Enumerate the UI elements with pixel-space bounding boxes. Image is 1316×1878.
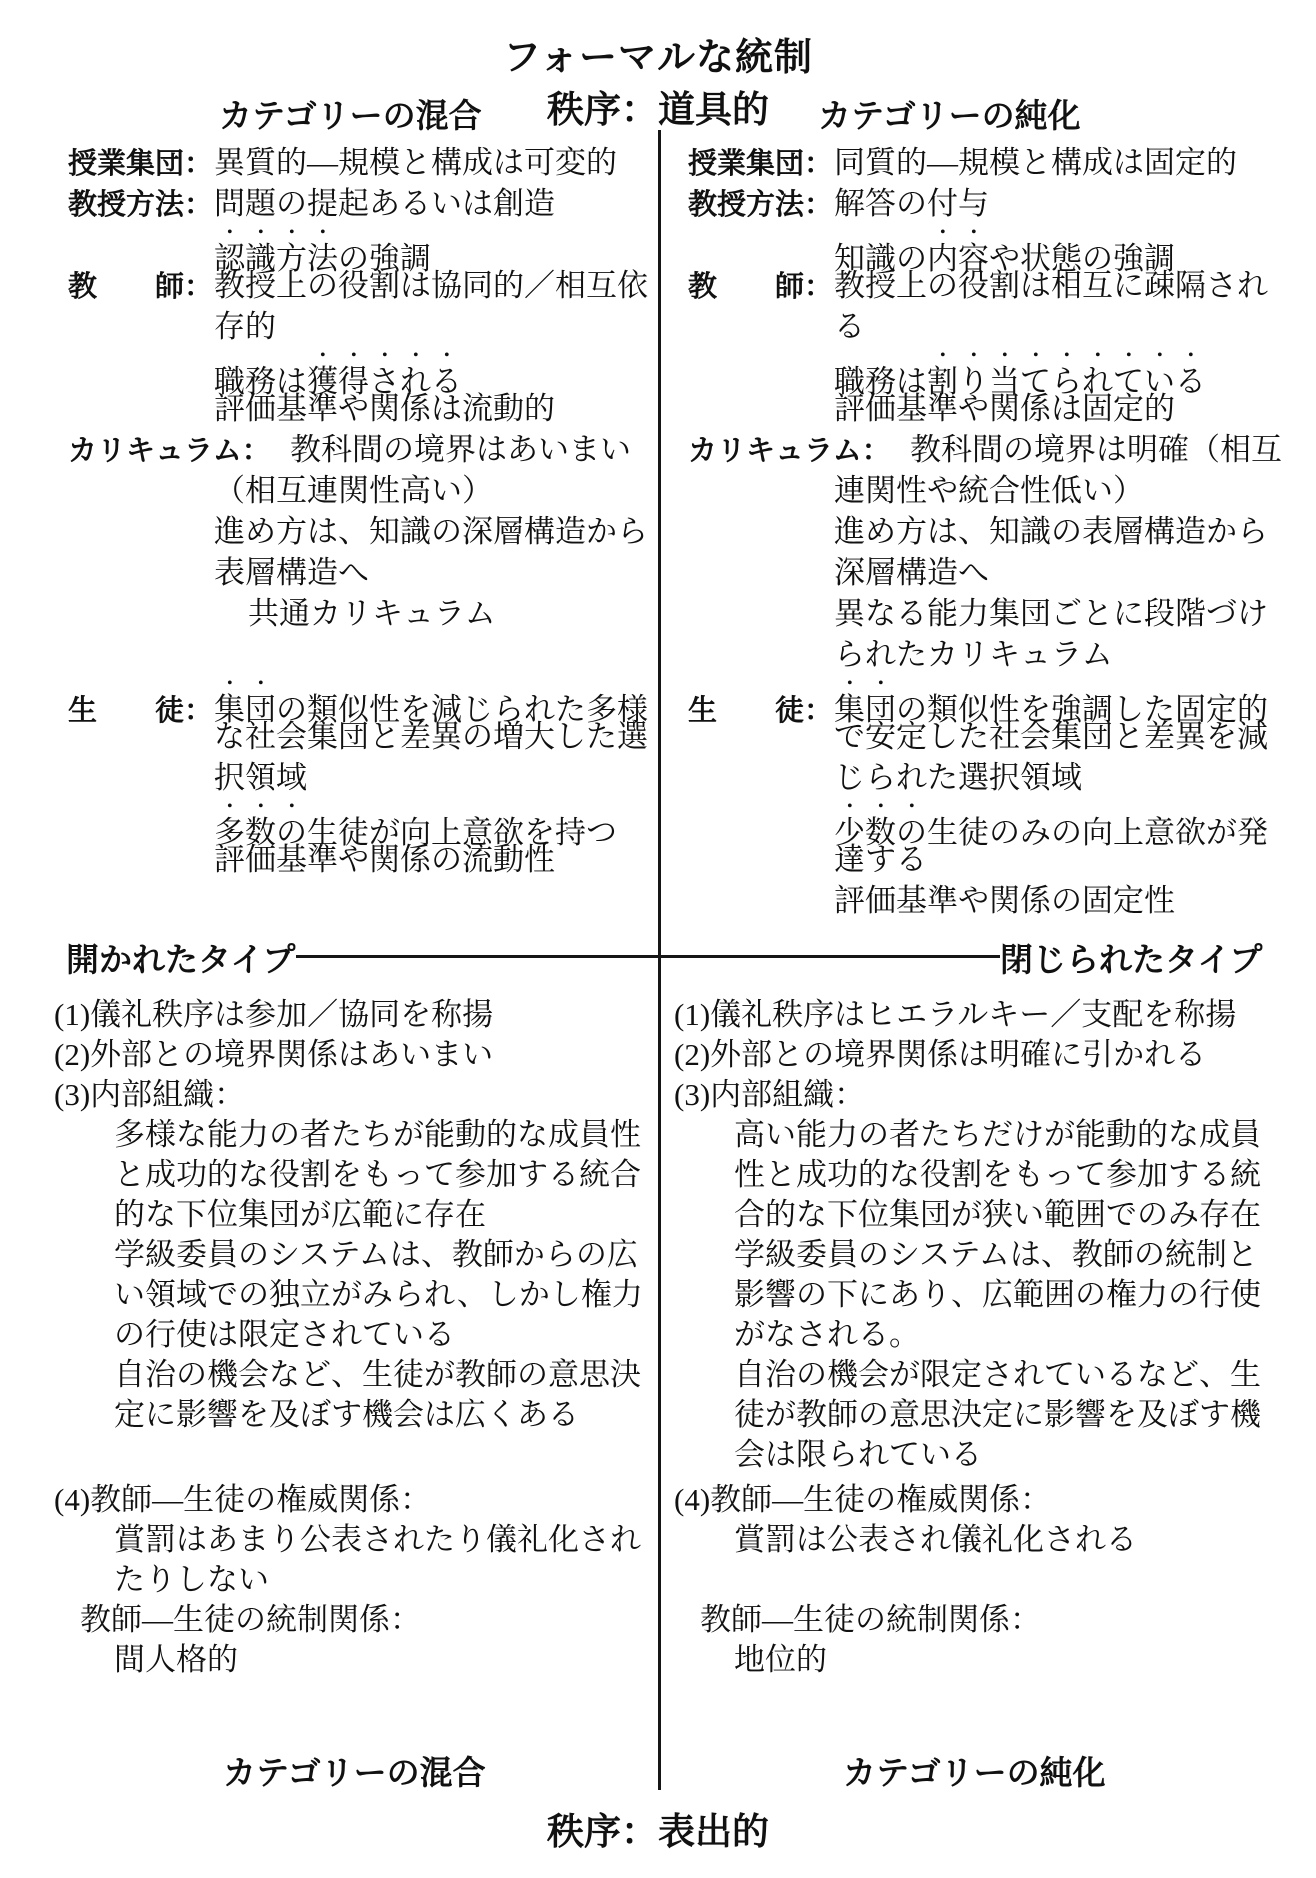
row-text: 徒が教師の意思決定に影響を及ぼす機 <box>734 1397 1261 1432</box>
text-line: 職務は獲得される <box>214 347 674 388</box>
row-text: 評価基準や関係は固定的 <box>834 391 1175 426</box>
row-text: 教師―生徒の統制関係： <box>80 1602 421 1637</box>
row-text: じられた選択領域 <box>834 760 1082 795</box>
closed-type-label: 閉じられたタイプ <box>1000 934 1262 981</box>
row-label: 教授方法： <box>688 185 834 226</box>
text-line: 学級委員のシステムは、教師からの広 <box>114 1235 660 1275</box>
row-text: (4)教師―生徒の権威関係： <box>54 1482 431 1517</box>
text-line: 高い能力の者たちだけが能動的な成員 <box>734 1115 1280 1155</box>
left-column-header-bottom: カテゴリーの混合 <box>223 1747 486 1794</box>
text-line: 評価基準や関係の固定性 <box>834 880 1294 921</box>
row-text: 共通カリキュラム <box>248 596 496 631</box>
left-column-type-items: (1)儀礼秩序は参加／協同を称揚(2)外部との境界関係はあいまい(3)内部組織：… <box>54 995 660 1680</box>
text-line: 評価基準や関係は流動的 <box>214 388 674 429</box>
text-line: 賞罰は公表され儀礼化される <box>734 1520 1280 1560</box>
text-line: (3)内部組織： <box>674 1075 1280 1115</box>
row-text: (3)内部組織： <box>674 1077 865 1112</box>
row-text: 存的 <box>214 309 276 344</box>
row-text: （相互連関性高い） <box>214 473 493 508</box>
row-label: 授業集団： <box>68 144 214 185</box>
text-line: 存的 <box>214 306 674 347</box>
text-line: と成功的な役割をもって参加する統合 <box>114 1155 660 1195</box>
left-column-header-top: カテゴリーの混合 <box>219 90 482 137</box>
text-line: 共通カリキュラム <box>248 593 674 634</box>
row-text: 教師―生徒の統制関係： <box>700 1602 1041 1637</box>
text-line: がなされる。 <box>734 1315 1280 1355</box>
text-line: （相互連関性高い） <box>214 470 674 511</box>
text-line: る <box>834 306 1294 347</box>
text-line: (3)内部組織： <box>54 1075 660 1115</box>
text-line: 影響の下にあり、広範囲の権力の行使 <box>734 1275 1280 1315</box>
row-text: (1)儀礼秩序は参加／協同を称揚 <box>54 997 493 1032</box>
row-label: 教授方法： <box>68 185 214 226</box>
text-line: たりしない <box>114 1560 660 1600</box>
row-text: 異質的―規模と構成は可変的 <box>214 145 617 180</box>
text-line: 教師―生徒の統制関係： <box>80 1600 660 1640</box>
row-text: 多様な能力の者たちが能動的な成員性 <box>114 1117 641 1152</box>
row-text: 学級委員のシステムは、教師からの広 <box>114 1237 638 1272</box>
row-text: (2)外部との境界関係は明確に引かれる <box>674 1037 1206 1072</box>
text-line: 択領域 <box>214 757 674 798</box>
row-text: 教授上の役割は協同的／相互依 <box>214 268 648 303</box>
row-text: と成功的な役割をもって参加する統合 <box>114 1157 641 1192</box>
text-line: の行使は限定されている <box>114 1315 660 1355</box>
text-line: (2)外部との境界関係は明確に引かれる <box>674 1035 1280 1075</box>
text-line: な社会集団と差異の増大した選 <box>214 716 674 757</box>
row-text: 自治の機会が限定されているなど、生 <box>734 1357 1261 1392</box>
labeled-text-line: カリキュラム：教科間の境界は明確（相互 <box>688 429 1294 470</box>
text-line: 会は限られている <box>734 1435 1280 1475</box>
type-divider-rule <box>296 955 1000 958</box>
row-text: 教科間の境界は明確（相互 <box>910 432 1282 467</box>
text-line: られたカリキュラム <box>834 634 1294 675</box>
text-line: 多数の生徒が向上意欲を持つ <box>214 798 674 839</box>
row-text: 教科間の境界はあいまい <box>290 432 631 467</box>
labeled-text-line: カリキュラム：教科間の境界はあいまい <box>68 429 674 470</box>
row-label: 教 師： <box>688 267 834 308</box>
text-line: 多様な能力の者たちが能動的な成員性 <box>114 1115 660 1155</box>
text-line: 的な下位集団が広範に存在 <box>114 1195 660 1235</box>
row-text: 高い能力の者たちだけが能動的な成員 <box>734 1117 1261 1152</box>
row-text: 地位的 <box>734 1642 827 1677</box>
row-label: 生 徒： <box>688 691 834 732</box>
row-text: 表層構造へ <box>214 555 369 590</box>
text-line: 賞罰はあまり公表されたり儀礼化され <box>114 1520 660 1560</box>
row-text: 深層構造へ <box>834 555 989 590</box>
scanned-figure-page: { "title": "フォーマルな統制", "order": { "top":… <box>0 0 1316 1878</box>
row-text: (4)教師―生徒の権威関係： <box>674 1482 1051 1517</box>
row-text: 進め方は、知識の表層構造から <box>834 514 1268 549</box>
row-text: 問題の提起あるいは創造 <box>214 186 555 221</box>
labeled-text-line: 教 師：教授上の役割は相互に疎隔され <box>688 265 1294 306</box>
text-line: 連関性や統合性低い） <box>834 470 1294 511</box>
text-line: 職務は割り当てられている <box>834 347 1294 388</box>
row-text: 連関性や統合性低い） <box>834 473 1144 508</box>
text-line: 異なる能力集団ごとに段階づけ <box>834 593 1294 634</box>
row-text: 的な下位集団が広範に存在 <box>114 1197 486 1232</box>
row-text: 会は限られている <box>734 1437 982 1472</box>
row-label: カリキュラム： <box>68 431 290 472</box>
order-expressive-label: 秩序：表出的 <box>0 1801 1316 1855</box>
labeled-text-line: 授業集団：同質的―規模と構成は固定的 <box>688 142 1294 183</box>
row-text: (2)外部との境界関係はあいまい <box>54 1037 493 1072</box>
text-line: 教師―生徒の統制関係： <box>700 1600 1280 1640</box>
text-line: 性と成功的な役割をもって参加する統 <box>734 1155 1280 1195</box>
text-line: じられた選択領域 <box>834 757 1294 798</box>
row-text: 定に影響を及ぼす機会は広くある <box>114 1397 579 1432</box>
figure-title: フォーマルな統制 <box>0 26 1316 81</box>
text-line: (2)外部との境界関係はあいまい <box>54 1035 660 1075</box>
row-text: (3)内部組織： <box>54 1077 245 1112</box>
row-text: 択領域 <box>214 760 307 795</box>
right-column-header-top: カテゴリーの純化 <box>818 90 1081 137</box>
row-text: 自治の機会など、生徒が教師の意思決 <box>114 1357 641 1392</box>
row-text: (1)儀礼秩序はヒエラルキー／支配を称揚 <box>674 997 1236 1032</box>
row-text: 異なる能力集団ごとに段階づけ <box>834 596 1268 631</box>
row-text: 間人格的 <box>114 1642 238 1677</box>
text-line: 認識方法の強調 <box>214 224 674 265</box>
right-column-attributes: 授業集団：同質的―規模と構成は固定的教授方法：解答の付与知識の内容や状態の強調教… <box>688 142 1294 921</box>
row-text: な社会集団と差異の増大した選 <box>214 719 648 754</box>
row-text: られたカリキュラム <box>834 637 1113 672</box>
text-line: 合的な下位集団が狭い範囲でのみ存在 <box>734 1195 1280 1235</box>
text-line: 進め方は、知識の表層構造から <box>834 511 1294 552</box>
text-line: 定に影響を及ぼす機会は広くある <box>114 1395 660 1435</box>
labeled-text-line: 教授方法：解答の付与 <box>688 183 1294 224</box>
text-line: 徒が教師の意思決定に影響を及ぼす機 <box>734 1395 1280 1435</box>
text-line: (1)儀礼秩序はヒエラルキー／支配を称揚 <box>674 995 1280 1035</box>
row-text: る <box>834 309 865 344</box>
row-text: 性と成功的な役割をもって参加する統 <box>734 1157 1261 1192</box>
row-text: 達する <box>834 842 927 877</box>
text-line: 表層構造へ <box>214 552 674 593</box>
row-text: 賞罰は公表され儀礼化される <box>734 1522 1137 1557</box>
text-line: 知識の内容や状態の強調 <box>834 224 1294 265</box>
open-type-label: 開かれたタイプ <box>66 934 295 981</box>
row-text: の行使は限定されている <box>114 1317 455 1352</box>
text-line: 学級委員のシステムは、教師の統制と <box>734 1235 1280 1275</box>
text-line: 少数の生徒のみの向上意欲が発 <box>834 798 1294 839</box>
text-line: (4)教師―生徒の権威関係： <box>674 1480 1280 1520</box>
text-line: 深層構造へ <box>834 552 1294 593</box>
row-text: 賞罰はあまり公表されたり儀礼化され <box>114 1522 641 1557</box>
row-text: 解答の付与 <box>834 186 989 221</box>
text-line: (1)儀礼秩序は参加／協同を称揚 <box>54 995 660 1035</box>
left-column-attributes: 授業集団：異質的―規模と構成は可変的教授方法：問題の提起あるいは創造認識方法の強… <box>68 142 674 880</box>
right-column-header-bottom: カテゴリーの純化 <box>843 1747 1106 1794</box>
row-text: で安定した社会集団と差異を減 <box>834 719 1268 754</box>
text-line: 間人格的 <box>114 1640 660 1680</box>
row-text: 評価基準や関係は流動的 <box>214 391 555 426</box>
row-text: 同質的―規模と構成は固定的 <box>834 145 1237 180</box>
text-line: 評価基準や関係は固定的 <box>834 388 1294 429</box>
row-label: 授業集団： <box>688 144 834 185</box>
row-text: 影響の下にあり、広範囲の権力の行使 <box>734 1277 1261 1312</box>
row-text: 学級委員のシステムは、教師の統制と <box>734 1237 1258 1272</box>
row-text: 合的な下位集団が狭い範囲でのみ存在 <box>734 1197 1261 1232</box>
order-instrumental-label: 秩序：道具的 <box>0 79 1316 133</box>
row-text: い領域での独立がみられ、しかし権力 <box>114 1277 643 1312</box>
labeled-text-line: 生 徒：集団の類似性を強調した固定的 <box>688 675 1294 716</box>
text-line: で安定した社会集団と差異を減 <box>834 716 1294 757</box>
row-label: カリキュラム： <box>688 431 910 472</box>
text-line: 自治の機会など、生徒が教師の意思決 <box>114 1355 660 1395</box>
row-text: 進め方は、知識の深層構造から <box>214 514 648 549</box>
row-text: 評価基準や関係の流動性 <box>214 842 555 877</box>
text-line: (4)教師―生徒の権威関係： <box>54 1480 660 1520</box>
text-line: い領域での独立がみられ、しかし権力 <box>114 1275 660 1315</box>
labeled-text-line: 教授方法：問題の提起あるいは創造 <box>68 183 674 224</box>
row-label: 生 徒： <box>68 691 214 732</box>
row-text: 評価基準や関係の固定性 <box>834 883 1175 918</box>
row-label: 教 師： <box>68 267 214 308</box>
row-text: たりしない <box>114 1562 269 1597</box>
right-column-type-items: (1)儀礼秩序はヒエラルキー／支配を称揚(2)外部との境界関係は明確に引かれる(… <box>674 995 1280 1680</box>
text-line: 地位的 <box>734 1640 1280 1680</box>
labeled-text-line: 生 徒：集団の類似性を減じられた多様 <box>68 675 674 716</box>
text-line: 進め方は、知識の深層構造から <box>214 511 674 552</box>
labeled-text-line: 教 師：教授上の役割は協同的／相互依 <box>68 265 674 306</box>
row-text: がなされる。 <box>734 1317 920 1352</box>
text-line: 自治の機会が限定されているなど、生 <box>734 1355 1280 1395</box>
row-text: 教授上の役割は相互に疎隔され <box>834 268 1268 303</box>
labeled-text-line: 授業集団：異質的―規模と構成は可変的 <box>68 142 674 183</box>
